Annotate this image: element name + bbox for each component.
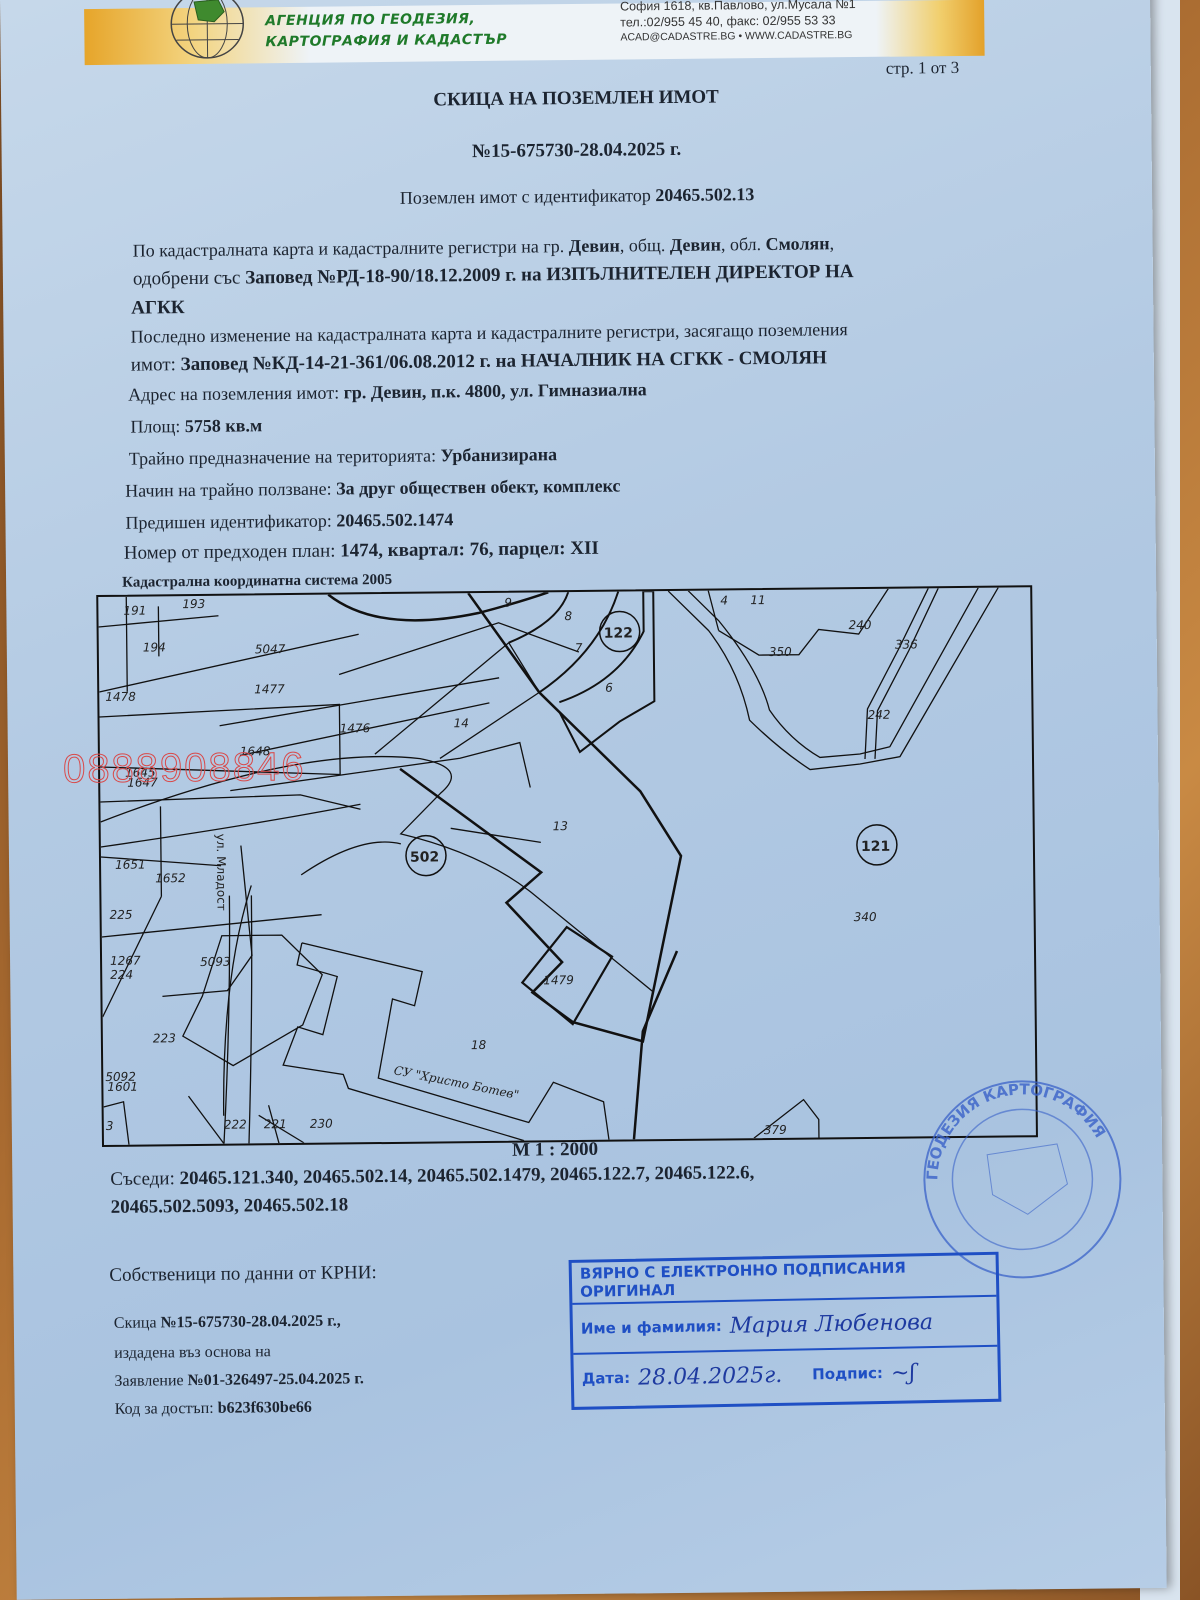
svg-text:225: 225 [110,908,133,922]
cadastral-basis-line1: По кадастралната карта и кадастралните р… [133,233,835,261]
handwritten-name: Мария Любенова [729,1310,933,1339]
svg-text:1652: 1652 [155,871,186,885]
property-field: Площ: 5758 кв.м [130,415,262,437]
svg-text:240: 240 [849,618,872,632]
svg-text:122: 122 [604,625,633,641]
svg-text:8: 8 [564,609,572,623]
neighbours-line1: Съседи: 20465.121.340, 20465.502.14, 204… [110,1162,754,1191]
svg-text:9: 9 [504,596,512,610]
agency-contacts: София 1618, кв.Павлово, ул.Мусала №1 тел… [620,0,856,46]
document-page: АГЕНЦИЯ ПО ГЕОДЕЗИЯ, КАРТОГРАФИЯ И КАДАС… [0,0,1167,1600]
last-change-label: Последно изменение на кадастралната карт… [130,319,847,348]
svg-text:502: 502 [410,849,439,865]
svg-text:340: 340 [854,910,877,924]
svg-text:121: 121 [861,839,890,855]
svg-text:6: 6 [605,681,613,695]
svg-text:1478: 1478 [105,690,136,704]
access-code: Код за достъп: b623f630be66 [115,1399,312,1419]
svg-text:1476: 1476 [340,721,371,735]
agency-name: АГЕНЦИЯ ПО ГЕОДЕЗИЯ, КАРТОГРАФИЯ И КАДАС… [265,9,507,54]
map-drawing: 502 121 122 13 14 18 1479 1476 1477 1478… [98,587,1036,1145]
svg-text:1267: 1267 [110,954,141,968]
svg-text:ул. Младост: ул. Младост [214,834,229,911]
map-scale: М 1 : 2000 [512,1139,598,1162]
svg-text:13: 13 [553,819,568,833]
svg-text:222: 222 [224,1117,247,1131]
agency-globe-logo-icon [168,0,247,60]
svg-text:4: 4 [720,593,728,607]
svg-text:ГЕОДЕЗИЯ КАРТОГРАФИЯ: ГЕОДЕЗИЯ КАРТОГРАФИЯ [922,1079,1109,1180]
cadastral-map: 502 121 122 13 14 18 1479 1476 1477 1478… [96,585,1038,1147]
property-field: Предишен идентификатор: 20465.502.1474 [125,509,453,533]
neighbours-line2: 20465.502.5093, 20465.502.18 [111,1194,349,1218]
coordinate-system: Кадастрална координатна система 2005 [122,572,392,592]
svg-text:193: 193 [182,597,205,611]
owners-label: Собственици по данни от КРНИ: [109,1262,377,1287]
svg-text:230: 230 [310,1117,333,1131]
issued-sketch: Скица №15-675730-28.04.2025 г., [114,1313,341,1333]
handwritten-date: 28.04.2025г. [638,1362,783,1390]
handwritten-signature: ~ʃ [891,1360,916,1385]
svg-text:379: 379 [764,1123,787,1137]
svg-text:242: 242 [867,708,890,722]
svg-text:11: 11 [750,593,765,607]
svg-text:14: 14 [454,716,469,730]
property-field: Адрес на поземления имот: гр. Девин, п.к… [128,379,647,405]
page-indicator: стр. 1 от 3 [886,58,960,79]
svg-text:7: 7 [575,641,583,655]
property-field: Трайно предназначение на територията: Ур… [129,444,557,469]
svg-text:191: 191 [123,604,146,618]
last-change-value: имот: Заповед №КД-14-21-361/06.08.2012 г… [131,347,827,376]
svg-text:223: 223 [153,1031,176,1045]
svg-text:224: 224 [110,968,133,982]
svg-text:221: 221 [264,1117,287,1131]
svg-text:1477: 1477 [254,682,285,696]
svg-text:1601: 1601 [107,1080,138,1094]
svg-text:5047: 5047 [255,642,286,656]
svg-text:336: 336 [895,637,918,651]
svg-text:1651: 1651 [115,858,146,872]
stamp-name-row: Име и фамилия: Мария Любенова [572,1297,997,1355]
svg-text:СУ "Христо Ботев": СУ "Христо Ботев" [393,1063,521,1102]
phone-watermark: 0888908846 [63,745,306,793]
application-number: Заявление №01-326497-25.04.2025 г. [114,1370,364,1391]
document-title: СКИЦА НА ПОЗЕМЛЕН ИМОТ [1,82,1151,116]
svg-text:18: 18 [471,1038,487,1052]
cadastral-basis-line3: АГКК [131,297,185,320]
property-field: Номер от предходен план: 1474, квартал: … [124,538,599,565]
stamp-date-row: Дата: 28.04.2025г. Подпис: ~ʃ [573,1347,998,1403]
property-field: Начин на трайно ползване: За друг общест… [125,476,621,502]
document-number: №15-675730-28.04.2025 г. [2,134,1152,168]
svg-text:1479: 1479 [543,973,574,987]
svg-text:3: 3 [106,1119,114,1133]
property-identifier: Поземлен имот с идентификатор 20465.502.… [2,180,1152,213]
svg-text:194: 194 [143,640,166,654]
cadastral-basis-line2: одобрени със Заповед №РД-18-90/18.12.200… [133,261,854,291]
issued-based-on: издадена въз основа на [114,1343,271,1363]
svg-text:5093: 5093 [200,955,231,969]
certification-stamp: ВЯРНО С ЕЛЕКТРОННО ПОДПИСАНИЯ ОРИГИНАЛ И… [569,1252,1002,1410]
svg-text:350: 350 [769,645,792,659]
